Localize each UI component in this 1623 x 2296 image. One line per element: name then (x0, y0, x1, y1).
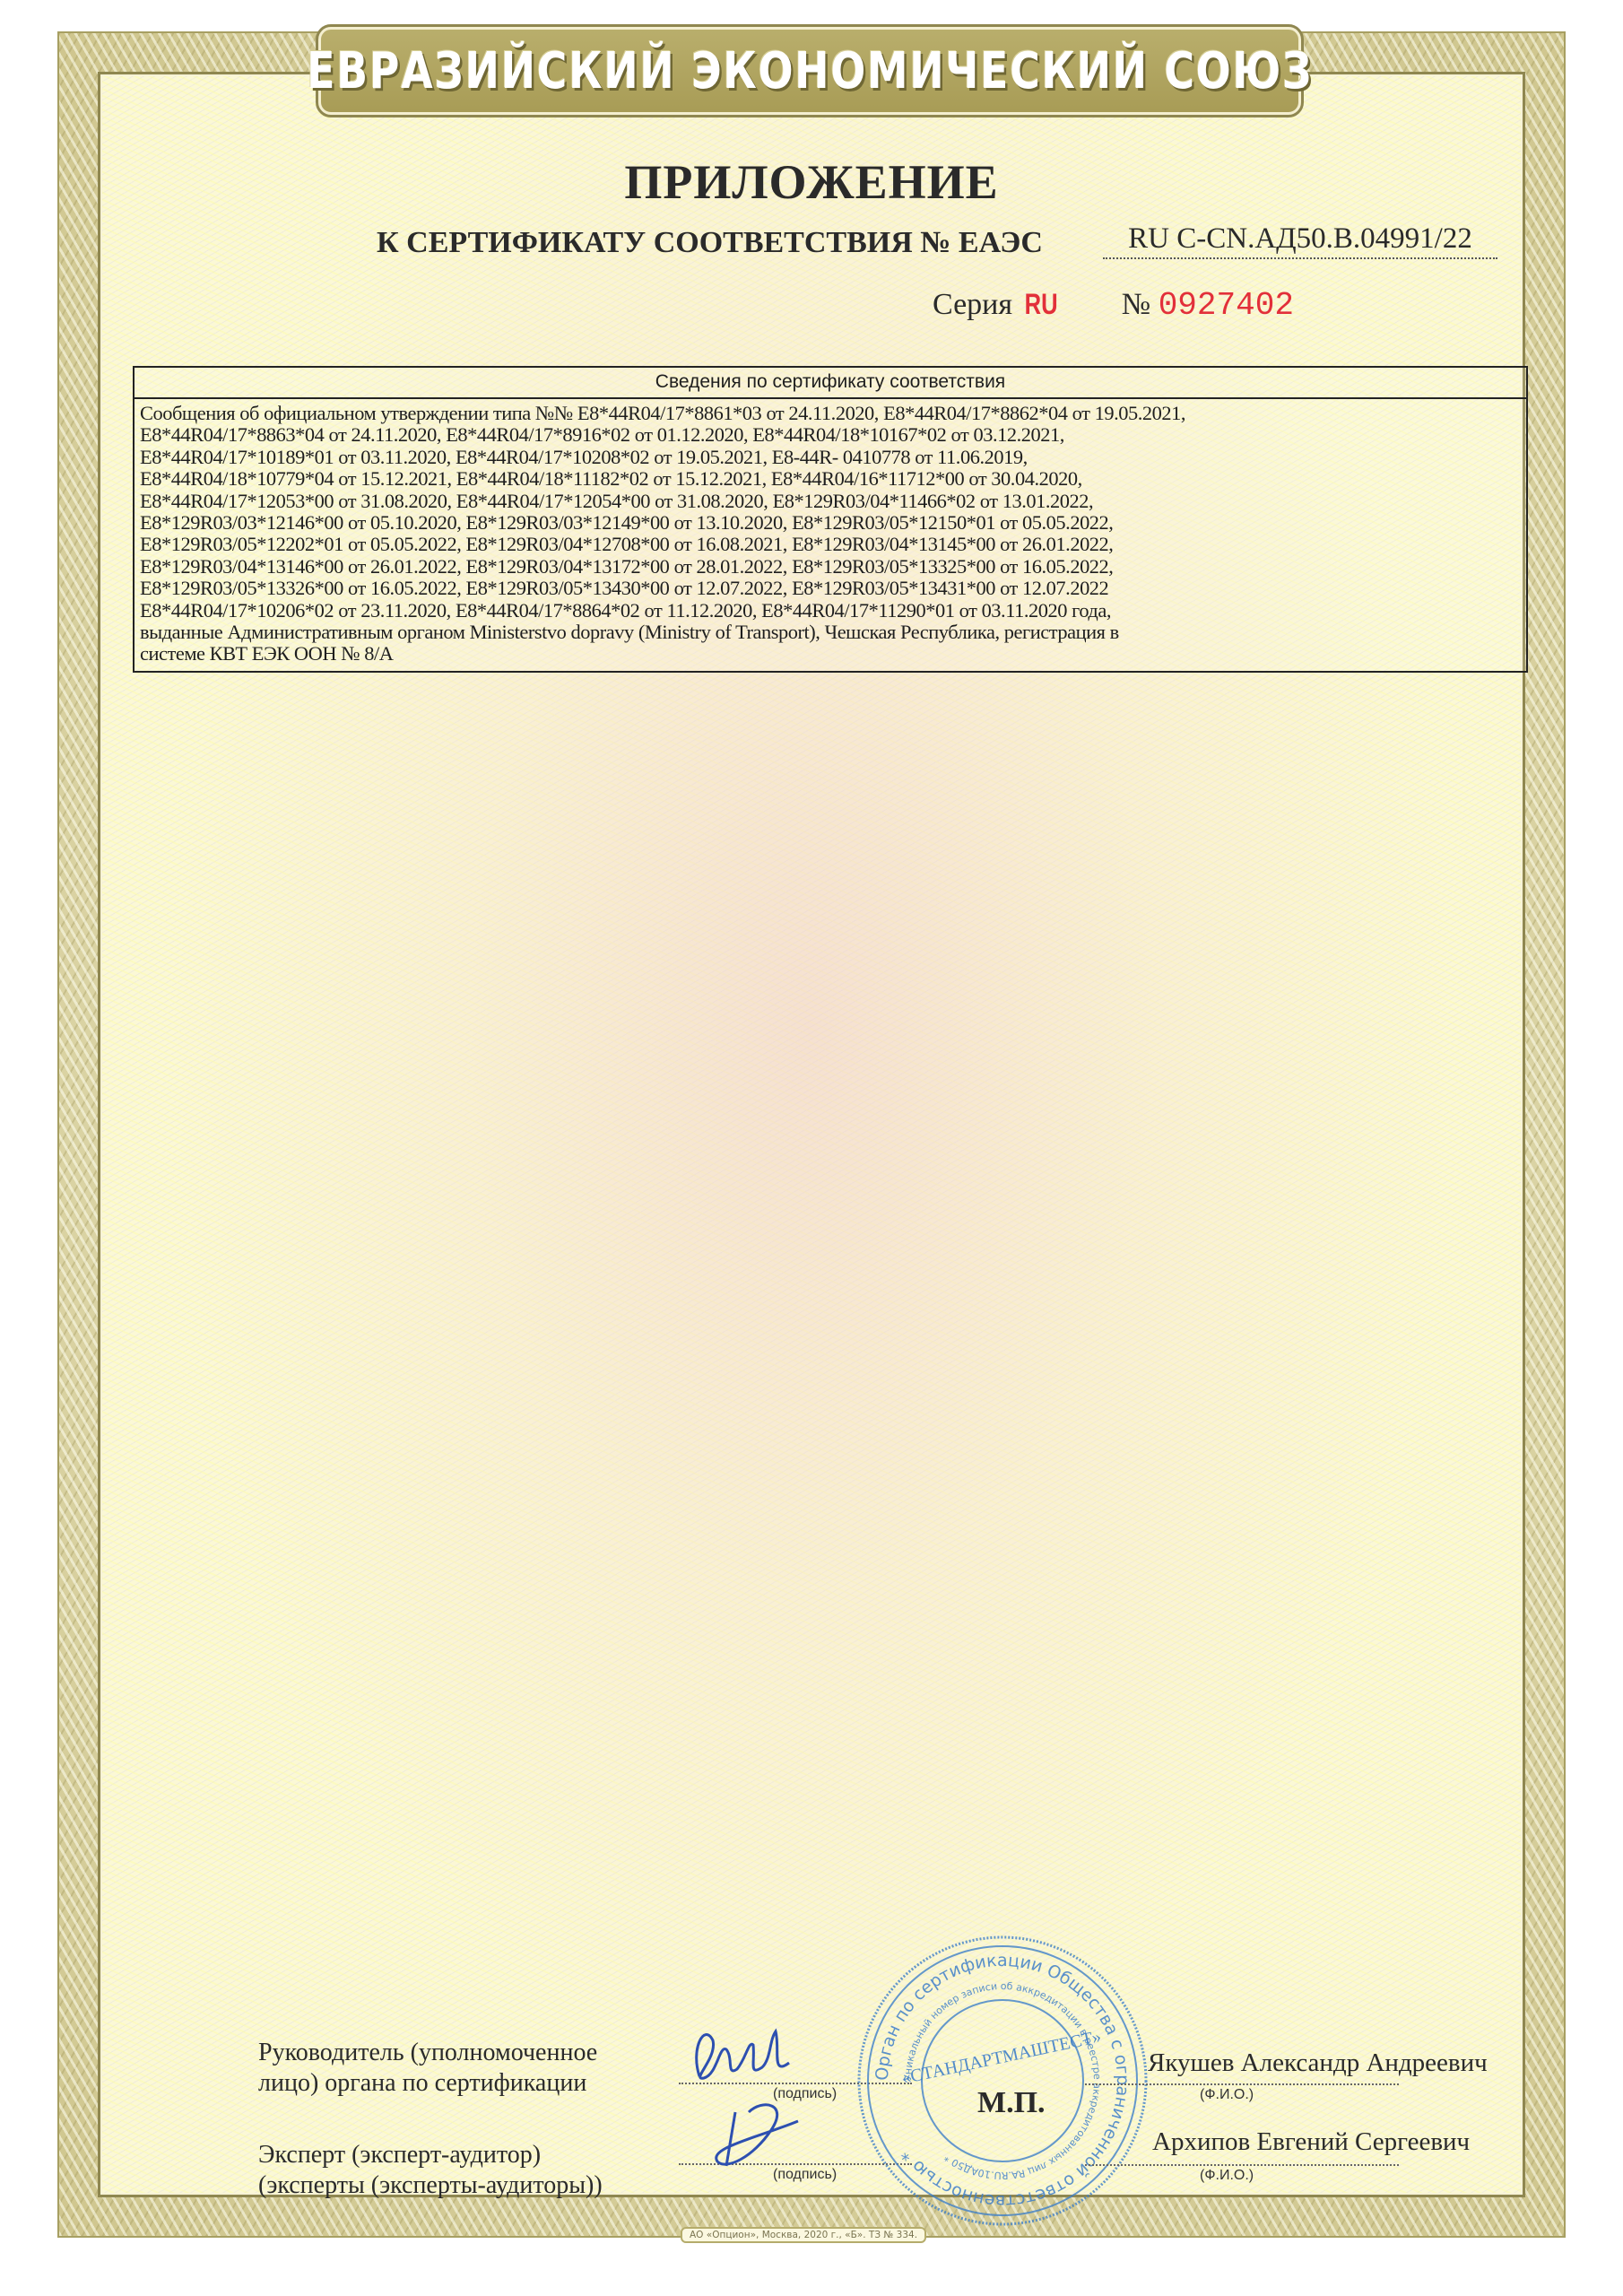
blank-number: 0927402 (1159, 287, 1294, 324)
union-banner: ЕВРАЗИЙСКИЙ ЭКОНОМИЧЕСКИЙ СОЮЗ (318, 27, 1301, 115)
head-label-line1: Руководитель (уполномоченное (258, 2038, 597, 2068)
certificate-sheet (57, 31, 1566, 2238)
banner-title: ЕВРАЗИЙСКИЙ ЭКОНОМИЧЕСКИЙ СОЮЗ (307, 42, 1313, 100)
table-line: системе КВТ ЕЭК ООН № 8/А (140, 643, 1521, 665)
signature-scribble-icon (664, 2013, 861, 2193)
series-value: RU (1024, 288, 1057, 321)
table-line: E8*129R03/04*13146*00 от 26.01.2022, E8*… (140, 556, 1521, 578)
certificate-label: К СЕРТИФИКАТУ СООТВЕТСТВИЯ № ЕАЭС (377, 226, 1043, 260)
expert-fio-line (1085, 2164, 1399, 2166)
number-label: № (1122, 288, 1150, 321)
certificate-number: RU C-CN.АД50.В.04991/22 (1103, 222, 1497, 259)
seal-label: М.П. (977, 2086, 1046, 2120)
table-line: E8*44R04/18*10779*04 от 15.12.2021, E8*4… (140, 468, 1521, 490)
head-of-body-label: Руководитель (уполномоченное лицо) орган… (258, 2038, 597, 2099)
stamp-center-text: «СТАНДАРТМАШТЕСТ» (900, 2027, 1103, 2089)
series-label: Серия (933, 288, 1012, 321)
table-body: Сообщения об официальном утверждении тип… (135, 399, 1526, 671)
expert-fio-caption: (Ф.И.О.) (1200, 2168, 1254, 2184)
printer-imprint: АО «Опцион», Москва, 2020 г., «Б». ТЗ № … (681, 2227, 926, 2243)
head-name: Якушев Александр Андреевич (1148, 2048, 1488, 2078)
table-line: E8*129R03/03*12146*00 от 05.10.2020, E8*… (140, 512, 1521, 534)
expert-label-line2: (эксперты (эксперты-аудиторы)) (258, 2170, 603, 2201)
certification-body-stamp: Орган по сертификации Общества с огранич… (850, 1928, 1155, 2233)
expert-name: Архипов Евгений Сергеевич (1152, 2127, 1470, 2157)
table-line: Сообщения об официальном утверждении тип… (140, 403, 1521, 424)
expert-label-line1: Эксперт (эксперт-аудитор) (258, 2140, 603, 2170)
table-line: выданные Административным органом Minist… (140, 622, 1521, 643)
table-header: Сведения по сертификату соответствия (135, 368, 1526, 399)
expert-label: Эксперт (эксперт-аудитор) (эксперты (экс… (258, 2140, 603, 2201)
table-line: E8*44R04/17*10206*02 от 23.11.2020, E8*4… (140, 600, 1521, 622)
table-line: E8*44R04/17*8863*04 от 24.11.2020, E8*44… (140, 424, 1521, 446)
page-title: ПРИЛОЖЕНИЕ (0, 154, 1623, 210)
head-fio-line (1085, 2083, 1399, 2085)
certificate-info-table: Сведения по сертификату соответствия Соо… (133, 366, 1528, 673)
table-line: E8*129R03/05*13326*00 от 16.05.2022, E8*… (140, 578, 1521, 599)
head-label-line2: лицо) органа по сертификации (258, 2068, 597, 2099)
table-line: E8*44R04/17*10189*01 от 03.11.2020, E8*4… (140, 447, 1521, 468)
series-row: Серия RU № 0927402 (933, 287, 1294, 324)
table-line: E8*44R04/17*12053*00 от 31.08.2020, E8*4… (140, 491, 1521, 512)
table-line: E8*129R03/05*12202*01 от 05.05.2022, E8*… (140, 534, 1521, 555)
head-fio-caption: (Ф.И.О.) (1200, 2087, 1254, 2103)
